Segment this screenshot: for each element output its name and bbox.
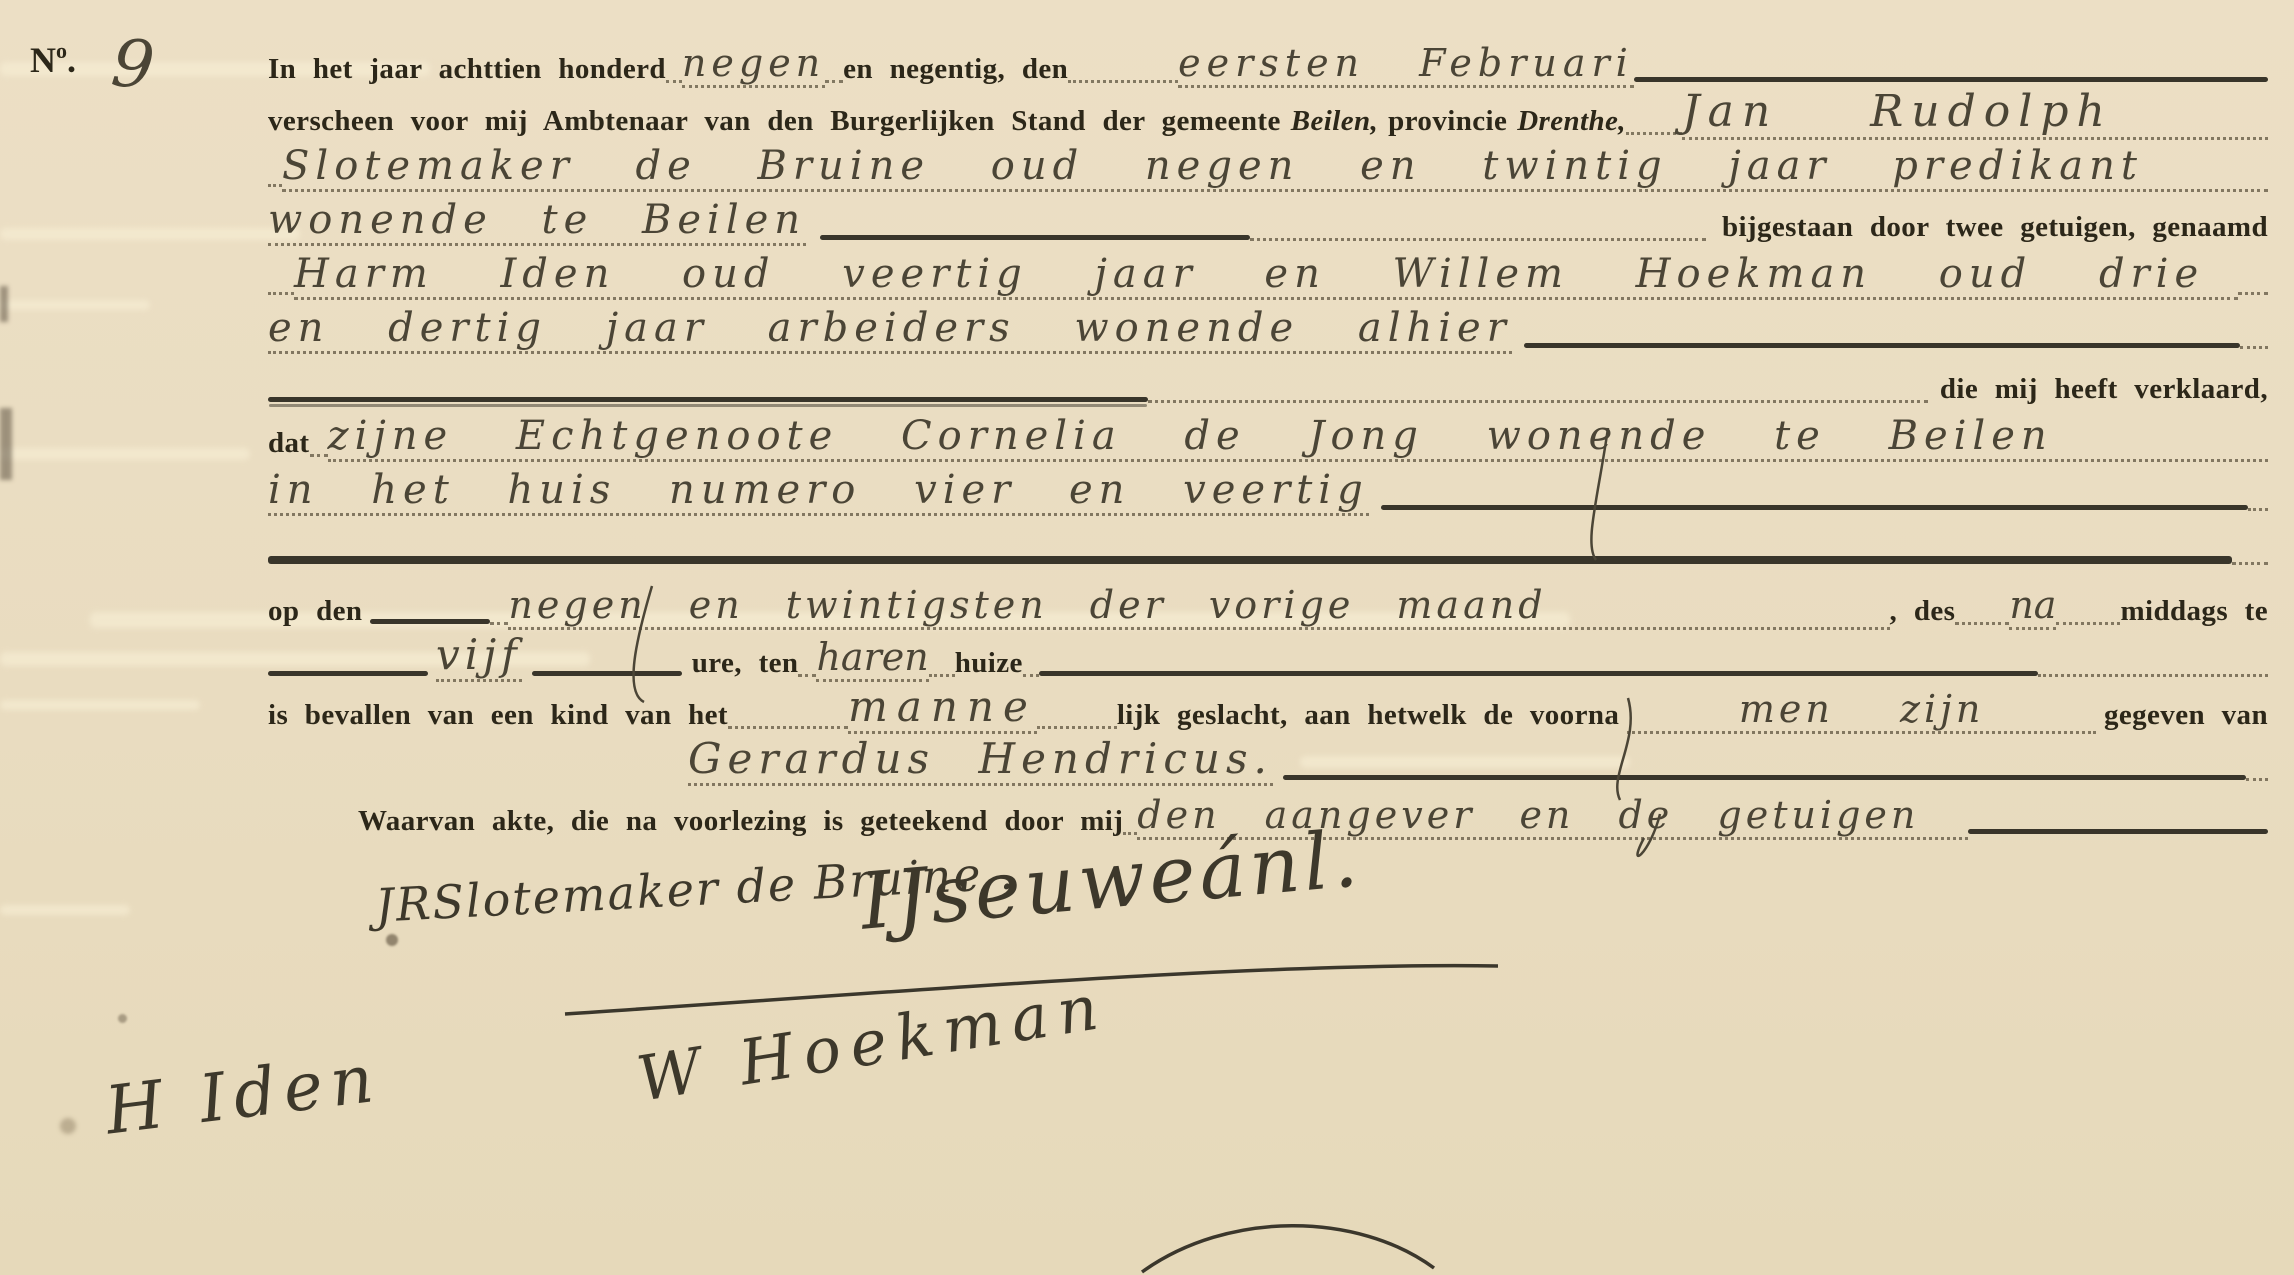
dotted-rule bbox=[268, 184, 282, 187]
form-line-1: In het jaar achttien honderd negen en ne… bbox=[268, 34, 2268, 88]
printed-text: , des bbox=[1890, 595, 1956, 628]
handwritten-child-names: Gerardus Hendricus. bbox=[688, 738, 1273, 786]
dotted-rule bbox=[2246, 778, 2268, 781]
age-spot bbox=[60, 1118, 76, 1134]
dotted-rule bbox=[666, 80, 682, 83]
form-line-4: wonende te Beilen bijgestaan door twee g… bbox=[268, 192, 2268, 246]
form-line-3: Slotemaker de Bruine oud negen en twinti… bbox=[268, 138, 2268, 192]
form-line-14: Gerardus Hendricus. bbox=[268, 732, 2268, 786]
paper-streak bbox=[0, 228, 300, 240]
dotted-rule bbox=[1037, 726, 1117, 729]
handwritten-mother: zijne Echtgenoote Cornelia de Jong wonen… bbox=[328, 416, 2269, 462]
handwritten-birth-day: negen en twintigsten der vorige maand bbox=[508, 586, 1889, 630]
dotted-rule bbox=[1955, 622, 2009, 625]
dotted-rule bbox=[929, 674, 955, 677]
signature-witness-hoekman: W Hoekman bbox=[633, 975, 1112, 1111]
printed-text: verscheen voor mij Ambtenaar van den Bur… bbox=[268, 105, 1281, 138]
signature-witness-iden: H Iden bbox=[102, 1045, 384, 1144]
handwritten-whose-house: haren bbox=[816, 638, 928, 682]
scan-edge-mark bbox=[0, 286, 8, 322]
printed-text: ure, ten bbox=[692, 647, 799, 680]
printed-text: dat bbox=[268, 427, 310, 460]
printed-text: middags te bbox=[2120, 595, 2268, 628]
scanned-birth-record: No. 9 In het jaar achttien honderd negen… bbox=[0, 0, 2294, 1275]
ink-rule bbox=[820, 235, 1250, 240]
form-line-9: in het huis numero vier en veertig bbox=[268, 462, 2268, 516]
handwritten-witnesses-2: en dertig jaar arbeiders wonende alhier bbox=[268, 308, 1512, 354]
scan-edge-mark bbox=[0, 408, 12, 480]
form-line-7: die mij heeft verklaard, bbox=[268, 354, 2268, 408]
printed-province-name: Drenthe, bbox=[1517, 105, 1626, 138]
dotted-rule bbox=[2038, 674, 2268, 677]
form-line-10 bbox=[268, 516, 2268, 570]
printed-text: In het jaar achttien honderd bbox=[268, 53, 666, 86]
printed-text: die mij heeft verklaard, bbox=[1940, 373, 2268, 406]
dotted-rule bbox=[490, 622, 508, 625]
form-line-6: en dertig jaar arbeiders wonende alhier bbox=[268, 300, 2268, 354]
record-number-value: 9 bbox=[108, 24, 158, 105]
dotted-rule bbox=[1626, 132, 1682, 135]
handwritten-daypart: na bbox=[2009, 586, 2056, 630]
handwritten-declarant-surname-age-occupation: Slotemaker de Bruine oud negen en twinti… bbox=[282, 146, 2268, 192]
ink-rule bbox=[268, 671, 428, 676]
printed-text: lijk geslacht, aan hetwelk de voorna bbox=[1117, 699, 1619, 732]
paper-streak bbox=[0, 448, 250, 460]
dotted-rule bbox=[2232, 562, 2268, 565]
printed-text: en negentig, den bbox=[843, 53, 1068, 86]
printed-text: bijgestaan door twee getuigen, genaamd bbox=[1722, 211, 2268, 244]
printed-text: gegeven van bbox=[2104, 699, 2268, 732]
handwritten-declarant-firstnames: Jan Rudolph bbox=[1682, 90, 2268, 140]
form-line-2: verscheen voor mij Ambtenaar van den Bur… bbox=[268, 86, 2268, 140]
dotted-rule bbox=[1148, 400, 1928, 403]
dotted-rule bbox=[2238, 292, 2268, 295]
printed-place-name: Beilen, bbox=[1291, 105, 1378, 138]
ink-rule bbox=[1039, 671, 2038, 676]
printed-text: is bevallen van een kind van het bbox=[268, 699, 728, 732]
dotted-rule bbox=[2248, 508, 2268, 511]
handwritten-names-given: men zijn bbox=[1627, 690, 2096, 734]
handwritten-residence: wonende te Beilen bbox=[268, 200, 806, 246]
handwritten-house-number: in het huis numero vier en veertig bbox=[268, 470, 1369, 516]
paper-streak bbox=[0, 700, 200, 710]
dotted-rule bbox=[798, 674, 816, 677]
dotted-rule bbox=[2240, 346, 2268, 349]
printed-text: huize bbox=[955, 647, 1023, 680]
handwritten-year-word: negen bbox=[682, 44, 825, 88]
form-line-12: vijf ure, ten haren huize bbox=[268, 628, 2268, 682]
form-line-11: op den negen en twintigsten der vorige m… bbox=[268, 576, 2268, 630]
record-number-label: No. bbox=[30, 38, 76, 81]
record-number-sup: o bbox=[56, 38, 67, 63]
ink-spot bbox=[386, 934, 398, 946]
ink-rule bbox=[1968, 829, 2268, 834]
form-line-8: dat zijne Echtgenoote Cornelia de Jong w… bbox=[268, 408, 2268, 462]
ink-rule bbox=[370, 619, 490, 624]
ink-rule bbox=[1381, 505, 2248, 510]
handwritten-date: eersten Februari bbox=[1178, 44, 1634, 88]
paper-streak bbox=[0, 300, 150, 310]
handwritten-hour: vijf bbox=[436, 634, 522, 682]
ink-rule bbox=[532, 671, 682, 676]
bottom-arc-flourish bbox=[1142, 1226, 1434, 1272]
ink-spot bbox=[118, 1014, 127, 1023]
dotted-rule bbox=[1068, 80, 1178, 83]
ink-rule bbox=[1283, 775, 2246, 780]
paper-streak bbox=[0, 905, 130, 915]
ink-rule bbox=[268, 397, 1148, 402]
printed-text: provincie bbox=[1388, 105, 1507, 138]
dotted-rule bbox=[2056, 622, 2120, 625]
printed-text: Waarvan akte, die na voorlezing is getee… bbox=[358, 805, 1123, 838]
ink-rule bbox=[1524, 343, 2240, 348]
ink-rule bbox=[1634, 77, 2268, 82]
dotted-rule bbox=[728, 726, 848, 729]
dotted-rule bbox=[1250, 238, 1706, 241]
form-line-5: Harm Iden oud veertig jaar en Willem Hoe… bbox=[268, 246, 2268, 300]
dotted-rule bbox=[310, 454, 328, 457]
ink-rule bbox=[268, 556, 2232, 564]
handwritten-witnesses-1: Harm Iden oud veertig jaar en Willem Hoe… bbox=[294, 254, 2238, 300]
dotted-rule bbox=[268, 292, 294, 295]
handwritten-gender: manne bbox=[848, 686, 1037, 734]
form-line-13: is bevallen van een kind van het manne l… bbox=[268, 680, 2268, 734]
dotted-rule bbox=[1023, 674, 1039, 677]
dotted-rule bbox=[825, 80, 843, 83]
printed-text: op den bbox=[268, 595, 362, 628]
